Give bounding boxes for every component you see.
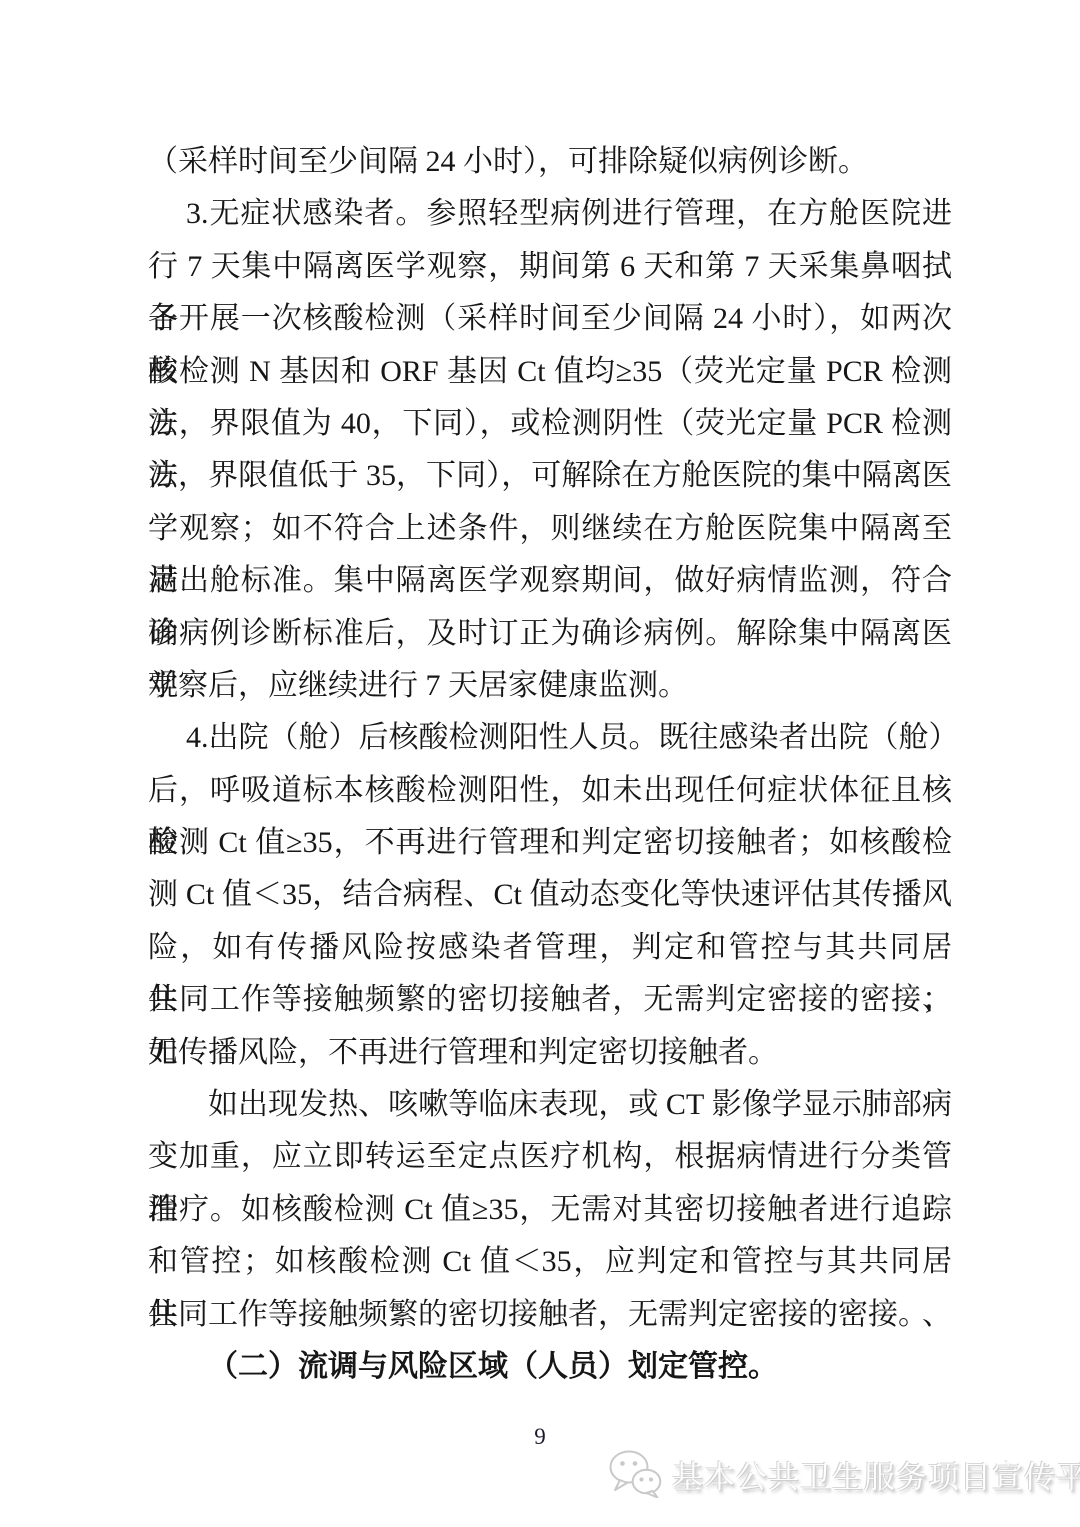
- text-line: 4.出院（舱）后核酸检测阳性人员。既往感染者出院（舱）: [148, 712, 952, 764]
- text-line: 变加重，应立即转运至定点医疗机构，根据病情进行分类管理: [148, 1131, 952, 1183]
- text-line: 足出舱标准。集中隔离医学观察期间，做好病情监测，符合确: [148, 555, 952, 607]
- text-line: 共同工作等接触频繁的密切接触者，无需判定密接的密接；如: [148, 974, 952, 1026]
- text-line: （采样时间至少间隔 24 小时），可排除疑似病例诊断。: [148, 136, 952, 188]
- text-line: （二）流调与风险区域（人员）划定管控。: [148, 1341, 952, 1393]
- text-line: 如出现发热、咳嗽等临床表现，或 CT 影像学显示肺部病: [148, 1079, 952, 1131]
- text-line: 险，如有传播风险按感染者管理，判定和管控与其共同居住、: [148, 922, 952, 974]
- text-line: 观察后，应继续进行 7 天居家健康监测。: [148, 660, 952, 712]
- text-line: 测 Ct 值＜35，结合病程、Ct 值动态变化等快速评估其传播风: [148, 869, 952, 921]
- page-number: 9: [0, 1424, 1080, 1450]
- text-line: 和管控；如核酸检测 Ct 值＜35，应判定和管控与其共同居住、: [148, 1236, 952, 1288]
- wechat-logo-icon: [608, 1450, 662, 1498]
- text-line: 后，呼吸道标本核酸检测阳性，如未出现任何症状体征且核酸: [148, 765, 952, 817]
- document-body: （采样时间至少间隔 24 小时），可排除疑似病例诊断。3.无症状感染者。参照轻型…: [148, 136, 952, 1393]
- text-line: 检测 Ct 值≥35，不再进行管理和判定密切接触者；如核酸检: [148, 817, 952, 869]
- footer-watermark: 基本公共卫生服务项目宣传平台: [608, 1450, 1080, 1498]
- text-line: 酸检测 N 基因和 ORF 基因 Ct 值均≥35（荧光定量 PCR 检测方: [148, 346, 952, 398]
- footer-brand-text: 基本公共卫生服务项目宣传平台: [672, 1452, 1080, 1497]
- text-line: 3.无症状感染者。参照轻型病例进行管理，在方舱医院进: [148, 188, 952, 240]
- text-line: 学观察；如不符合上述条件，则继续在方舱医院集中隔离至满: [148, 503, 952, 555]
- document-page: （采样时间至少间隔 24 小时），可排除疑似病例诊断。3.无症状感染者。参照轻型…: [0, 0, 1080, 1527]
- text-line: 诊病例诊断标准后，及时订正为确诊病例。解除集中隔离医学: [148, 608, 952, 660]
- text-line: 治疗。如核酸检测 Ct 值≥35，无需对其密切接触者进行追踪: [148, 1184, 952, 1236]
- text-line: 法，界限值为 40，下同），或检测阴性（荧光定量 PCR 检测方: [148, 398, 952, 450]
- text-line: 法，界限值低于 35，下同），可解除在方舱医院的集中隔离医: [148, 450, 952, 502]
- text-line: 各开展一次核酸检测（采样时间至少间隔 24 小时），如两次核: [148, 293, 952, 345]
- text-line: 共同工作等接触频繁的密切接触者，无需判定密接的密接。: [148, 1289, 952, 1341]
- text-line: 无传播风险，不再进行管理和判定密切接触者。: [148, 1027, 952, 1079]
- text-line: 行 7 天集中隔离医学观察，期间第 6 天和第 7 天采集鼻咽拭子: [148, 241, 952, 293]
